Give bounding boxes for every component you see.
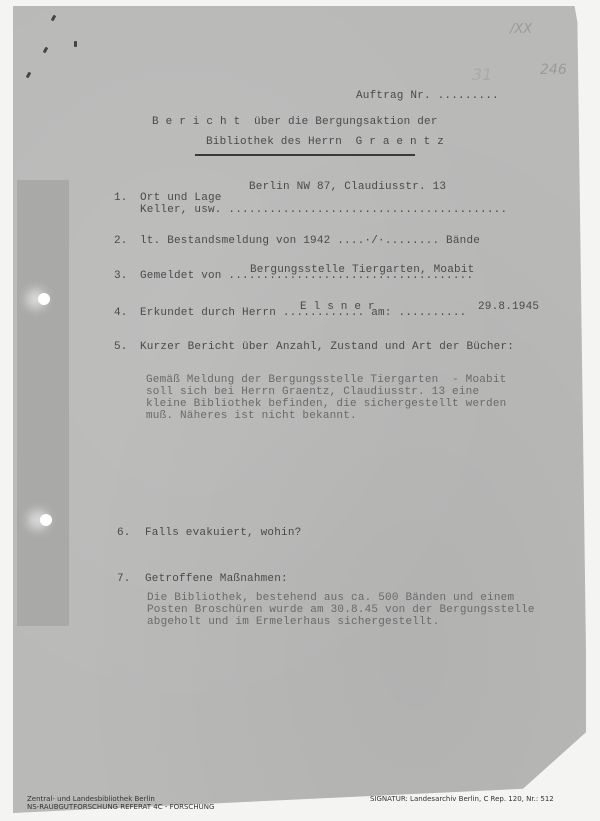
pencil-folio: 246 xyxy=(540,62,567,78)
item-number: 7. xyxy=(117,573,131,585)
item-body-line: Gemäß Meldung der Bergungsstelle Tiergar… xyxy=(146,374,506,386)
punch-hole-top xyxy=(38,293,50,305)
item-label: Falls evakuiert, wohin? xyxy=(145,527,301,539)
title-underline xyxy=(195,154,415,156)
item-label: Ort und Lage xyxy=(140,192,222,204)
item-number: 4. xyxy=(114,307,128,319)
item-value-date: 29.8.1945 xyxy=(478,301,539,313)
item-value: Bergungsstelle Tiergarten, Moabit xyxy=(250,264,474,276)
item-value-name: E l s n e r xyxy=(300,301,375,313)
report-subtitle: Bibliothek des Herrn G r a e n t z xyxy=(206,136,444,148)
item-body-line: abgeholt und im Ermelerhaus sichergestel… xyxy=(147,616,439,628)
item-body-line: soll sich bei Herrn Graentz, Claudiusstr… xyxy=(146,386,479,398)
pencil-folio-faint: 31 xyxy=(472,65,492,84)
item-label: Getroffene Maßnahmen: xyxy=(145,573,288,585)
item-label: Kurzer Bericht über Anzahl, Zustand und … xyxy=(140,341,514,353)
footer-department: NS-RAUBGUTFORSCHUNG REFERAT 4C - FORSCHU… xyxy=(27,803,214,811)
item-number: 3. xyxy=(114,270,128,282)
item-body-line: muß. Näheres ist nicht bekannt. xyxy=(146,410,357,422)
pencil-mark: /XX xyxy=(510,22,532,37)
order-number: Auftrag Nr. ......... xyxy=(356,90,499,102)
item-number: 5. xyxy=(114,341,128,353)
footer-signature: SIGNATUR: Landesarchiv Berlin, C Rep. 12… xyxy=(370,795,554,803)
item-number: 2. xyxy=(114,235,128,247)
report-title: B e r i c h t über die Bergungsaktion de… xyxy=(152,116,438,128)
item-value: Berlin NW 87, Claudiusstr. 13 xyxy=(249,181,446,193)
item-number: 6. xyxy=(117,527,131,539)
footer-institution: Zentral- und Landesbibliothek Berlin NS-… xyxy=(27,795,214,811)
item-body-line: Posten Broschüren wurde am 30.8.45 von d… xyxy=(147,604,535,616)
item-number: 1. xyxy=(114,192,128,204)
item-body-line: kleine Bibliothek befinden, die sicherge… xyxy=(146,398,506,410)
ink-mark xyxy=(74,41,77,47)
punch-hole-bottom xyxy=(40,514,52,526)
item-label-continued: Keller, usw. ...........................… xyxy=(140,204,507,216)
footer-institution-name: Zentral- und Landesbibliothek Berlin xyxy=(27,795,155,803)
binding-strip xyxy=(17,180,69,626)
item-body-line: Die Bibliothek, bestehend aus ca. 500 Bä… xyxy=(147,592,514,604)
item-label: lt. Bestandsmeldung von 1942 ....·/·....… xyxy=(140,235,480,247)
